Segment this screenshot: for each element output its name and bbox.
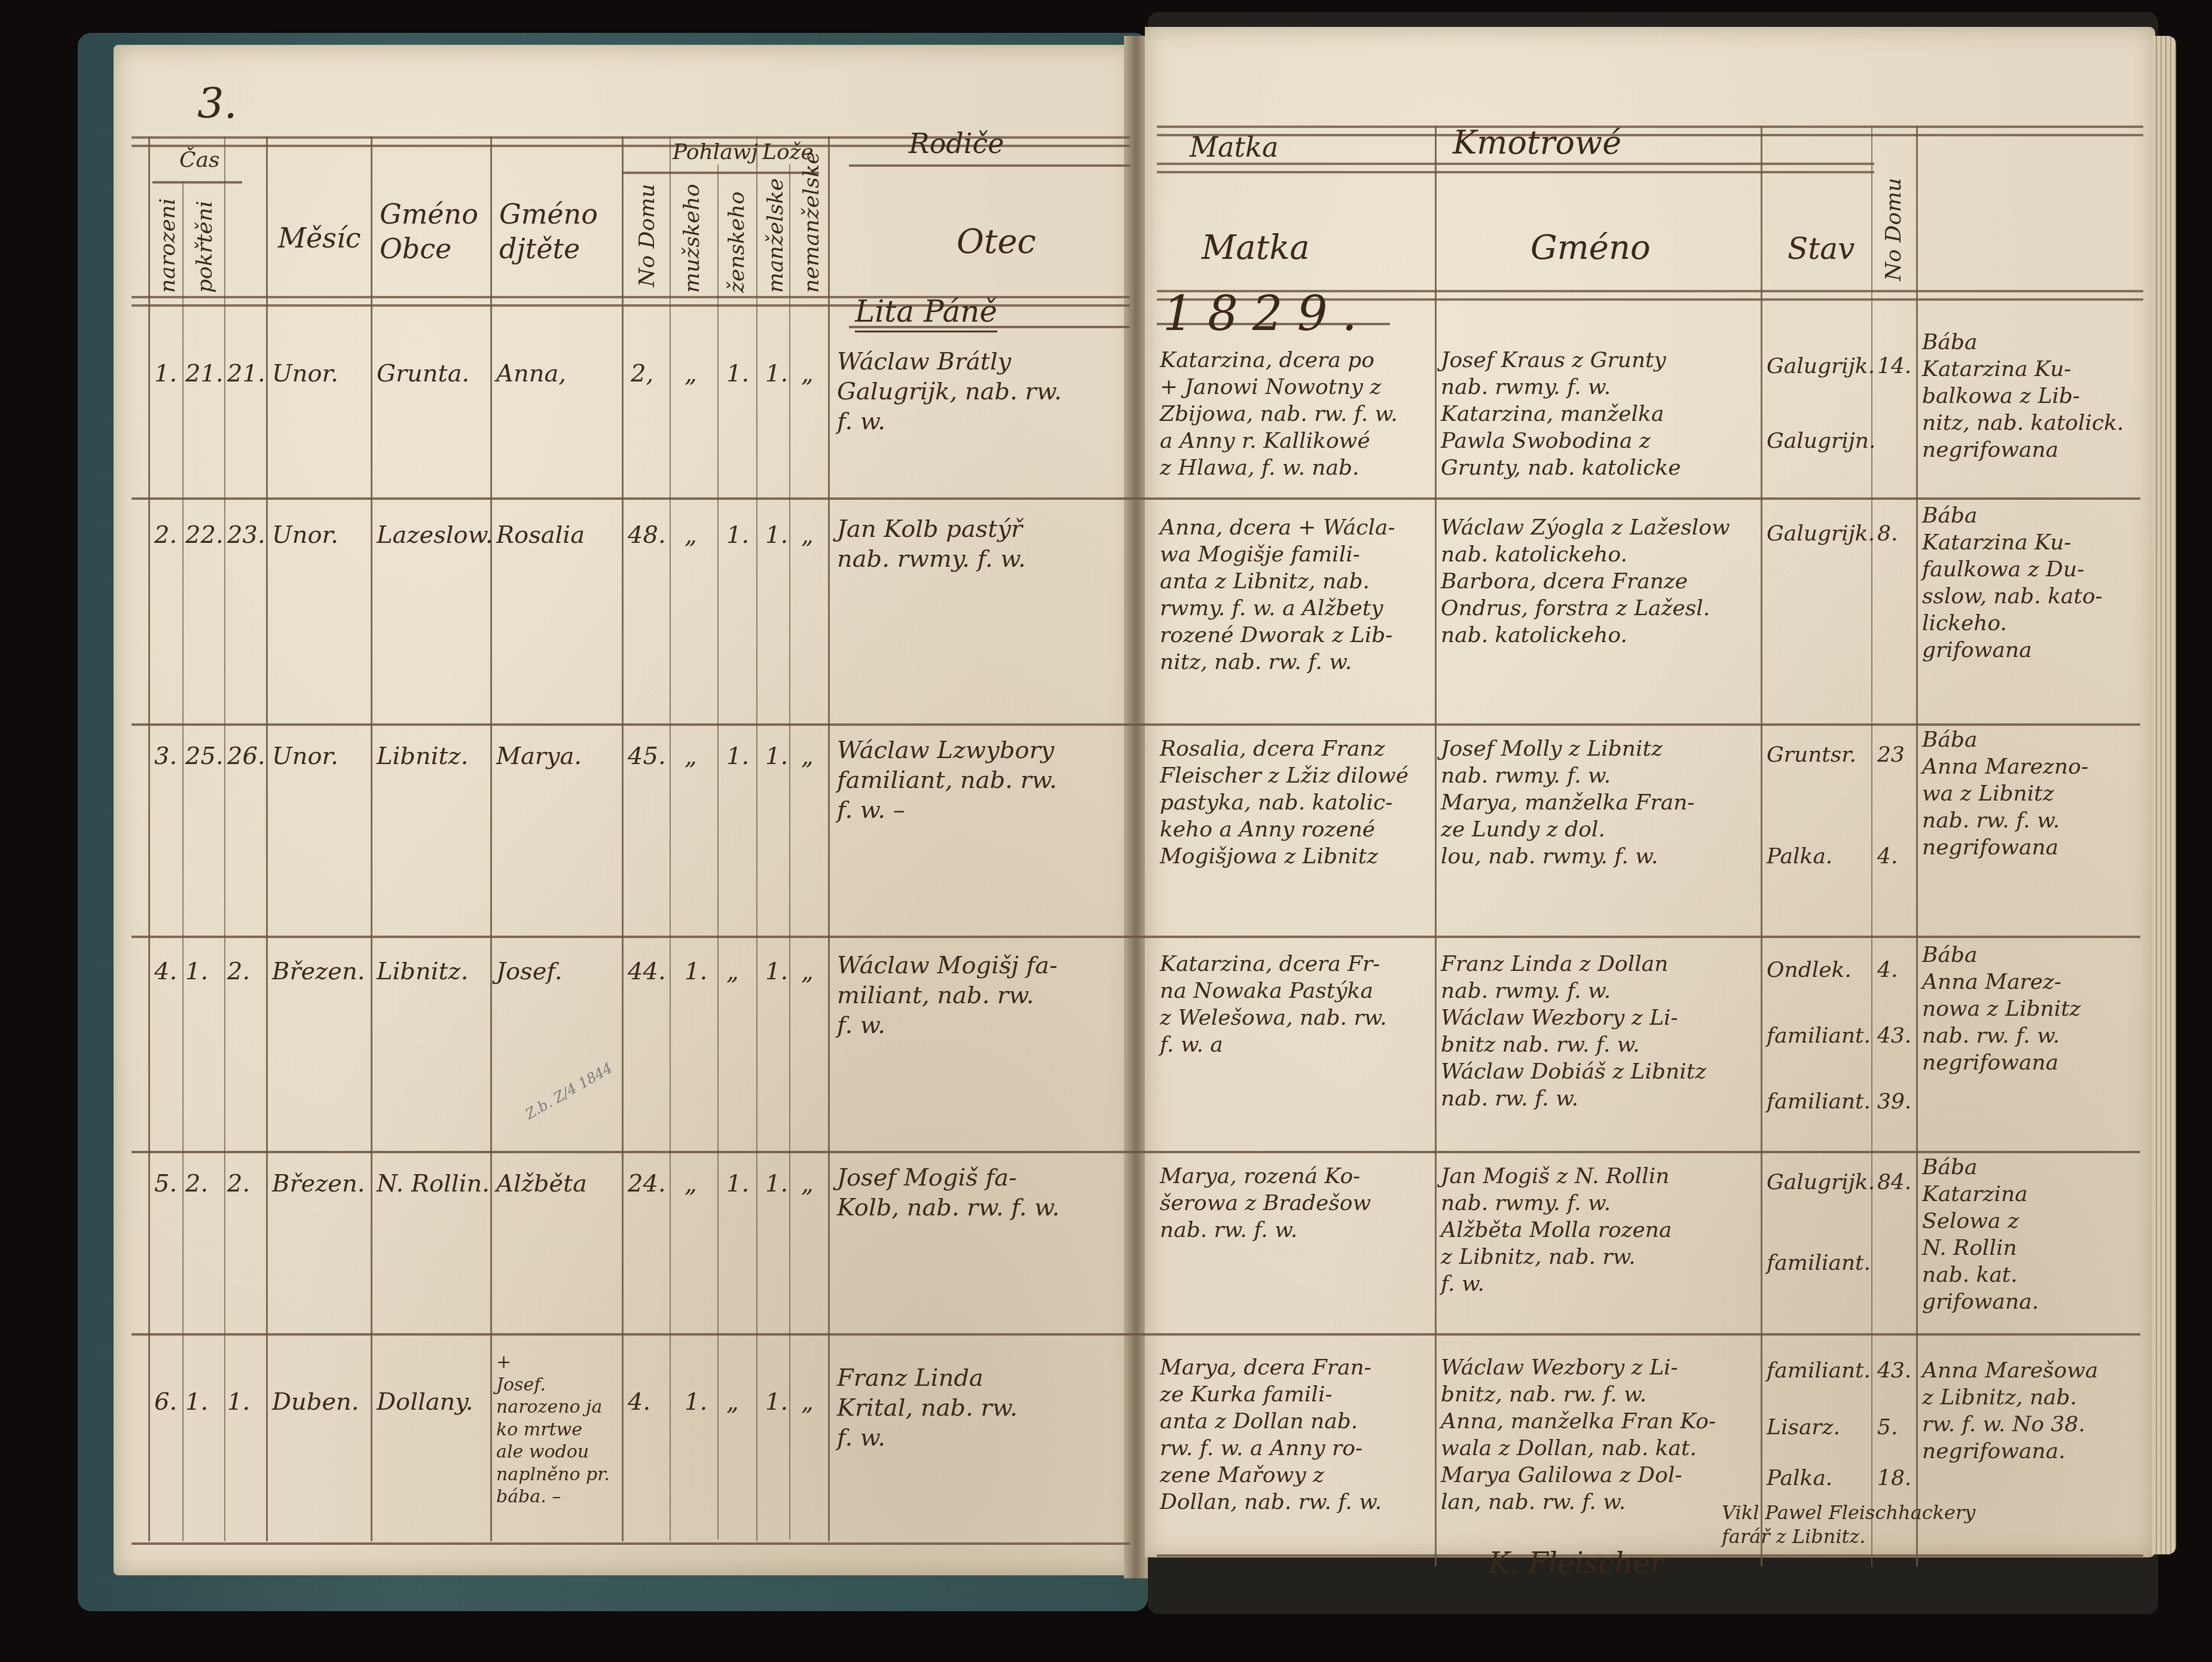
godparents: Franz Linda z Dollan nab. rwmy. f. w. Wá…	[1441, 951, 1758, 1112]
godparents: Wáclaw Wezbory z Li- bnitz, nab. rw. f. …	[1441, 1354, 1758, 1516]
sex-male: 1.	[685, 957, 707, 986]
father: Jan Kolb pastýř nab. rwmy. f. w.	[837, 514, 1124, 574]
header-otec: Otec	[957, 221, 1036, 263]
month: Březen.	[272, 1169, 365, 1199]
godparent-status: Gruntsr.	[1767, 741, 1856, 768]
godparent-house: 43.	[1877, 1022, 1911, 1049]
entry-number: 2.	[154, 520, 177, 550]
legitimate: 1.	[765, 1169, 788, 1199]
godparent-house: 43.	[1877, 1357, 1911, 1384]
birth-day: 22.	[185, 520, 224, 550]
col-rule	[1916, 126, 1918, 1566]
village: Libnitz.	[377, 957, 468, 986]
child-name: Anna,	[496, 359, 566, 389]
baptism-day: 26.	[227, 741, 265, 771]
godparent-status: familiant.	[1767, 1249, 1871, 1276]
col-rule	[182, 181, 184, 1541]
godparent-status: Galugrijk.	[1767, 1169, 1875, 1196]
godparent-status: familiant.	[1767, 1088, 1871, 1115]
birth-day: 1.	[185, 1387, 208, 1417]
illegitimate: „	[801, 1387, 814, 1417]
row-separator	[132, 1333, 2140, 1336]
header-matka: Matka	[1202, 227, 1310, 269]
month: Unor.	[272, 741, 338, 771]
entry-number: 4.	[154, 957, 177, 986]
godparent-house: 14.	[1877, 353, 1911, 380]
signature: K. Fleischer	[1489, 1545, 1664, 1581]
row-separator	[132, 497, 2140, 500]
header-jmeno-ditete: Gméno djtěte	[499, 197, 616, 266]
birth-day: 2.	[185, 1169, 208, 1199]
header-pokrteni: pokřtěni	[191, 191, 218, 293]
child-name: Marya.	[496, 741, 582, 771]
mother: Anna, dcera + Wácla- wa Mogišje famili- …	[1160, 514, 1429, 676]
godparent-house: 5.	[1877, 1414, 1898, 1441]
child-name: Alžběta	[496, 1169, 587, 1199]
col-rule	[1871, 126, 1872, 1566]
godparent-status: Ondlek.	[1767, 957, 1852, 983]
legitimate: 1.	[765, 1387, 788, 1417]
village: Grunta.	[377, 359, 469, 389]
sex-male: „	[685, 1169, 697, 1199]
mother: Rosalia, dcera Franz Fleischer z Lžiz di…	[1160, 735, 1429, 870]
godparent-house: 18.	[1877, 1465, 1911, 1492]
village: Dollany.	[377, 1387, 473, 1417]
sex-male: „	[685, 520, 697, 550]
birth-day: 21.	[185, 359, 224, 389]
house-number: 48.	[628, 520, 666, 550]
godparent-house: 84.	[1877, 1169, 1911, 1196]
godparent-house: 23	[1877, 741, 1905, 768]
header-rodice: Rodiče	[909, 127, 1004, 161]
section-lita-pane: Lita Páně	[855, 293, 997, 332]
cas-subheader-rule	[152, 181, 242, 184]
baptism-day: 23.	[227, 520, 265, 550]
mother: Marya, dcera Fran- ze Kurka famili- anta…	[1160, 1354, 1429, 1516]
sex-male: „	[685, 359, 697, 389]
sex-female: 1.	[726, 359, 749, 389]
illegitimate: „	[801, 1169, 814, 1199]
godparent-house: 4.	[1877, 957, 1898, 983]
col-rule	[224, 136, 225, 1541]
midwife: Bába Anna Marezno- wa z Libnitz nab. rw.…	[1922, 726, 2137, 861]
sex-male: 1.	[685, 1387, 707, 1417]
entry-number: 5.	[154, 1169, 177, 1199]
godparent-status: Galugrijk.	[1767, 353, 1875, 380]
entry-number: 1.	[154, 359, 177, 389]
sex-female: „	[726, 957, 739, 986]
col-rule	[756, 136, 757, 1541]
header-cislo-domu: No Domu	[634, 155, 661, 287]
godparent-house: 39.	[1877, 1088, 1911, 1115]
godparents: Josef Kraus z Grunty nab. rwmy. f. w. Ka…	[1441, 347, 1758, 481]
godparent-status: familiant.	[1767, 1022, 1871, 1049]
father: Wáclaw Lzwybory familiant, nab. rw. f. w…	[837, 735, 1124, 825]
col-rule	[148, 136, 150, 1541]
header-cas: Čas	[179, 146, 219, 173]
sex-female: 1.	[726, 741, 749, 771]
legitimate: 1.	[765, 520, 788, 550]
house-number: 45.	[628, 741, 666, 771]
header-narozeni: narozeni	[154, 191, 181, 293]
child-name: Josef.	[496, 957, 562, 986]
mother: Katarzina, dcera po + Janowi Nowotny z Z…	[1160, 347, 1429, 481]
col-rule	[1761, 126, 1762, 1566]
col-rule	[266, 136, 268, 1541]
header-mesic: Měsíc	[278, 221, 360, 256]
header-pohlavi: Pohlawj	[673, 139, 758, 166]
sex-female: 1.	[726, 520, 749, 550]
godparent-status: Palka.	[1767, 843, 1832, 870]
header-top-rule-right	[1157, 126, 2143, 136]
godparent-status: Galugrijn.	[1767, 427, 1875, 454]
mother: Katarzina, dcera Fr- na Nowaka Pastýka z…	[1160, 951, 1429, 1058]
page-number: 3.	[197, 78, 237, 130]
header-muzske: mužskeho	[679, 179, 705, 293]
header-matka-fragment: Matka	[1190, 130, 1278, 165]
father: Franz Linda Krital, nab. rw. f. w.	[837, 1363, 1124, 1453]
godparent-house: 8.	[1877, 520, 1898, 547]
baptism-day: 21.	[227, 359, 265, 389]
header-kmotrove: Kmotrowé	[1453, 123, 1621, 163]
row-separator	[132, 1151, 2140, 1153]
illegitimate: „	[801, 957, 814, 986]
village: Lazeslow.	[377, 520, 493, 550]
child-name: + Josef. narozeno ja ko mrtwe ale wodou …	[496, 1351, 616, 1508]
col-rule	[1435, 126, 1437, 1566]
row-separator	[132, 936, 2140, 938]
birth-day: 1.	[185, 957, 208, 986]
baptism-day: 2.	[227, 957, 250, 986]
col-rule	[371, 136, 372, 1541]
year-heading: 1829.	[1163, 284, 1371, 344]
row-separator	[132, 1542, 1130, 1545]
father: Wáclaw Brátly Galugrijk, nab. rw. f. w.	[837, 347, 1124, 436]
godparent-status: Lisarz.	[1767, 1414, 1840, 1441]
book-spine	[1124, 36, 1148, 1578]
house-number: 24.	[628, 1169, 666, 1199]
priest-note: Vikl Pawel Fleischhackery farář z Libnit…	[1722, 1501, 2140, 1548]
godparents: Jan Mogiš z N. Rollin nab. rwmy. f. w. A…	[1441, 1163, 1758, 1297]
house-number: 4.	[628, 1387, 650, 1417]
header-jmeno-obce: Gméno Obce	[380, 197, 484, 266]
header-stav: Stav	[1788, 230, 1854, 268]
midwife: Anna Marešowa z Libnitz, nab. rw. f. w. …	[1922, 1357, 2137, 1465]
godparent-status: familiant.	[1767, 1357, 1871, 1384]
sex-female: 1.	[726, 1169, 749, 1199]
header-cislo-domu-2: No Domu	[1880, 138, 1907, 281]
midwife: Bába Anna Marez- nowa z Libnitz nab. rw.…	[1922, 942, 2137, 1076]
col-rule	[828, 136, 830, 1541]
godparent-status: Palka.	[1767, 1465, 1832, 1492]
col-rule	[490, 136, 492, 1541]
father: Wáclaw Mogišj fa- miliant, nab. rw. f. w…	[837, 951, 1124, 1040]
midwife: Bába Katarzina Selowa z N. Rollin nab. k…	[1922, 1154, 2137, 1315]
month: Unor.	[272, 359, 338, 389]
godparents: Josef Molly z Libnitz nab. rwmy. f. w. M…	[1441, 735, 1758, 870]
godparents: Wáclaw Zýogla z Lažeslow nab. katolickeh…	[1441, 514, 1758, 649]
child-name: Rosalia	[496, 520, 585, 550]
illegitimate: „	[801, 359, 814, 389]
header-nemanzelske: nemanželske	[798, 179, 825, 293]
col-rule	[622, 136, 624, 1541]
month: Duben.	[272, 1387, 359, 1417]
midwife: Bába Katarzina Ku- balkowa z Lib- nitz, …	[1922, 329, 2137, 463]
entry-number: 3.	[154, 741, 177, 771]
legitimate: 1.	[765, 741, 788, 771]
rodice-subheader-rule	[849, 164, 1130, 167]
header-zenske: ženskeho	[723, 179, 750, 293]
baptism-day: 1.	[227, 1387, 250, 1417]
village: Libnitz.	[377, 741, 468, 771]
midwife: Bába Katarzina Ku- faulkowa z Du- sslow,…	[1922, 502, 2137, 664]
village: N. Rollin.	[377, 1169, 490, 1199]
page-edges	[2152, 36, 2176, 1554]
month: Březen.	[272, 957, 365, 986]
father: Josef Mogiš fa- Kolb, nab. rw. f. w.	[837, 1163, 1124, 1223]
baptism-day: 2.	[227, 1169, 250, 1199]
illegitimate: „	[801, 741, 814, 771]
legitimate: 1.	[765, 957, 788, 986]
sex-female: „	[726, 1387, 739, 1417]
row-separator	[132, 723, 2140, 726]
sex-male: „	[685, 741, 697, 771]
godparent-house: 4.	[1877, 843, 1898, 870]
legitimate: 1.	[765, 359, 788, 389]
godparent-status: Galugrijk.	[1767, 520, 1875, 547]
mother: Marya, rozená Ko- šerowa z Bradešow nab.…	[1160, 1163, 1429, 1244]
entry-number: 6.	[154, 1387, 177, 1417]
illegitimate: „	[801, 520, 814, 550]
header-manzelske: manželske	[762, 179, 789, 293]
col-rule	[670, 136, 671, 1541]
birth-day: 25.	[185, 741, 224, 771]
house-number: 44.	[628, 957, 666, 986]
month: Unor.	[272, 520, 338, 550]
header-jmeno: Gméno	[1530, 227, 1651, 269]
house-number: 2,	[631, 359, 653, 389]
